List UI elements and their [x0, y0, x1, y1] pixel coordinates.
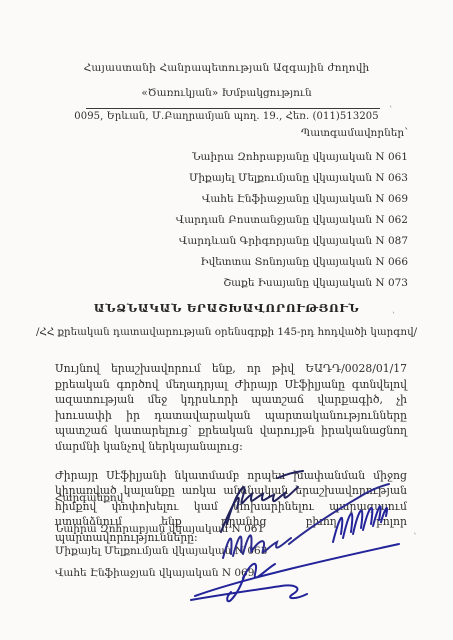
deputies-list: Պատգամավորներ՝ Նաիրա Զոհրաբյանը վկայական…: [176, 127, 408, 294]
org-name-line2: «Ծառուկյան» Խմբակցություն: [0, 87, 453, 99]
body-paragraph-1: Սույնով երաշխավորում ենք, որ թիվ ԵԱԴԴ/00…: [55, 361, 407, 455]
list-item: Նաիրա Զոհրաբյանը վկայական N 061: [176, 147, 408, 168]
page-subtitle: /ՀՀ քրեական դատավարության օրենսգրքի 145-…: [0, 326, 453, 338]
deputies-label: Պատգամավորներ՝: [176, 127, 408, 139]
salutation: Հարգանքով՝: [55, 492, 267, 504]
scanned-letter-page: Հայաստանի Հանրապետության Ազգային ժողովի …: [0, 0, 453, 640]
list-item: Վահե Էնֆիաջյանը վկայական N 069: [176, 189, 408, 210]
letterhead-divider: [86, 108, 380, 109]
document-title-block: ԱՆՁՆԱԿԱՆ ԵՐԱՇԽԱՎՈՐՈՒԹՅՈՒՆ /ՀՀ քրեական դա…: [0, 301, 453, 338]
closing-block: Հարգանքով՝ Նաիրա Զոհրաբյան վկայական N 06…: [55, 492, 267, 584]
scan-speck: `: [411, 533, 418, 544]
signer-line: Վահե Էնֆիաջյան վկայական N 069: [55, 562, 267, 584]
signer-line: Նաիրա Զոհրաբյան վկայական N 061: [55, 518, 267, 540]
list-item: Շաքե Իսայանը վկայական N 073: [176, 273, 408, 294]
page-title: ԱՆՁՆԱԿԱՆ ԵՐԱՇԽԱՎՈՐՈՒԹՅՈՒՆ: [0, 301, 453, 315]
org-name-line1: Հայաստանի Հանրապետության Ազգային ժողովի: [0, 62, 453, 74]
list-item: Իվետտա Տոնոյանը վկայական N 066: [176, 252, 408, 273]
letterhead: Հայաստանի Հանրապետության Ազգային ժողովի …: [0, 62, 453, 122]
list-item: Վարդևան Գրիգորյանը վկայական N 087: [176, 231, 408, 252]
signer-line: Միքայել Մելքումյան վկայական N 063: [55, 540, 267, 562]
list-item: Միքայել Մելքումյանը վկայական N 063: [176, 168, 408, 189]
list-item: Վարդան Բոստանջյանը վկայական N 062: [176, 210, 408, 231]
org-address: 0095, Երևան, Մ.Բաղրամյան պող. 19., Հեռ. …: [0, 111, 453, 122]
